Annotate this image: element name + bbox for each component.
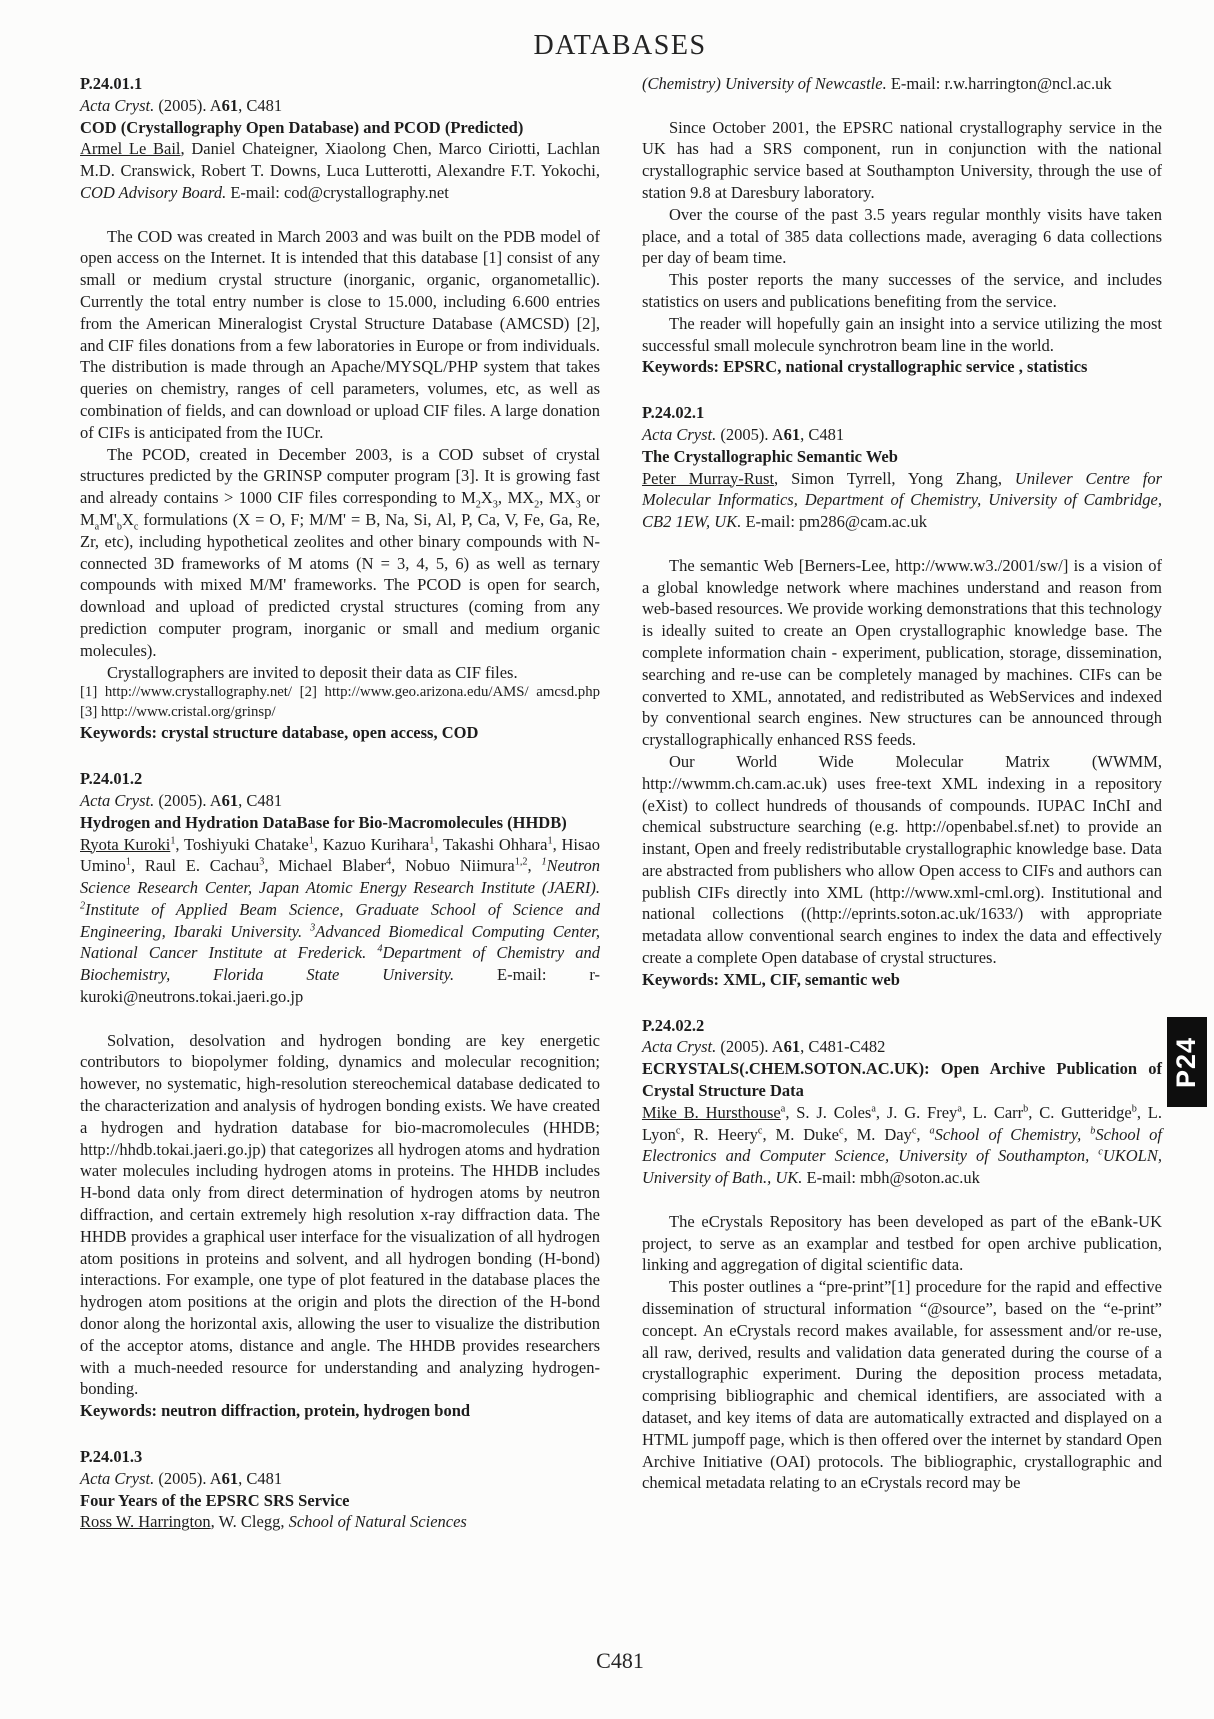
abstract-authors: Ryota Kuroki1, Toshiyuki Chatake1, Kazuo…	[80, 834, 600, 1008]
text-run: , J. G. Frey	[876, 1103, 957, 1122]
text-run: 61	[784, 1037, 801, 1056]
text-run: , M. Day	[844, 1125, 912, 1144]
abstract-title: Four Years of the EPSRC SRS Service	[80, 1490, 600, 1512]
text-run: , C481	[800, 425, 844, 444]
section-tab-label: P24	[1172, 1036, 1203, 1087]
abstract-title: Hydrogen and Hydration DataBase for Bio-…	[80, 812, 600, 834]
text-run: , R. Heery	[680, 1125, 757, 1144]
text-run: Ryota Kuroki	[80, 835, 170, 854]
abstract-paragraph: Since October 2001, the EPSRC national c…	[642, 117, 1162, 204]
text-run: 61	[222, 1469, 239, 1488]
text-run: E-mail: r.w.harrington@ncl.ac.uk	[887, 74, 1112, 93]
text-run: Mike B. Hursthouse	[642, 1103, 781, 1122]
abstract-paragraph: This poster reports the many successes o…	[642, 269, 1162, 313]
column-right: (Chemistry) University of Newcastle. E-m…	[642, 73, 1162, 1533]
text-run: , C. Gutteridge	[1028, 1103, 1131, 1122]
text-run: , W. Clegg,	[211, 1512, 289, 1531]
text-run: X	[481, 488, 493, 507]
abstract-body: The COD was created in March 2003 and wa…	[80, 226, 600, 684]
abstract-keywords: Keywords: neutron diffraction, protein, …	[80, 1400, 600, 1422]
abstract-paragraph: The semantic Web [Berners-Lee, http://ww…	[642, 555, 1162, 751]
text-run: , C481	[238, 96, 282, 115]
column-left: P.24.01.1Acta Cryst. (2005). A61, C481CO…	[80, 73, 600, 1533]
scanned-abstract-page: DATABASES P.24.01.1Acta Cryst. (2005). A…	[0, 0, 1214, 1719]
section-thumb-tab: P24	[1167, 1017, 1207, 1107]
abstract-paragraph: Our World Wide Molecular Matrix (WWMM, h…	[642, 751, 1162, 969]
text-run: formulations (X = O, F; M/M' = B, Na, Si…	[80, 510, 600, 660]
text-run: 61	[784, 425, 801, 444]
text-run: , Toshiyuki Chatake	[175, 835, 308, 854]
citation: Acta Cryst. (2005). A61, C481-C482	[642, 1036, 1162, 1058]
abstract-authors: (Chemistry) University of Newcastle. E-m…	[642, 73, 1162, 95]
abstract-keywords: Keywords: XML, CIF, semantic web	[642, 969, 1162, 991]
text-run: Acta Cryst.	[642, 1037, 716, 1056]
text-run: , C481-C482	[800, 1037, 885, 1056]
abstract-paragraph: Crystallographers are invited to deposit…	[80, 662, 600, 684]
text-run: X	[122, 510, 134, 529]
abstract-body: The semantic Web [Berners-Lee, http://ww…	[642, 555, 1162, 969]
text-run: 61	[222, 96, 239, 115]
abstract-body: Solvation, desolvation and hydrogen bond…	[80, 1030, 600, 1401]
text-run: , MX	[498, 488, 534, 507]
abstract-paragraph: The reader will hopefully gain an insigh…	[642, 313, 1162, 357]
text-run: , L. Carr	[962, 1103, 1023, 1122]
text-run: ,	[916, 1125, 929, 1144]
abstract-number: P.24.01.3	[80, 1446, 600, 1468]
abstract-paragraph: This poster outlines a “pre-print”[1] pr…	[642, 1276, 1162, 1494]
section-header: DATABASES	[67, 30, 1173, 62]
text-run: , M. Duke	[762, 1125, 839, 1144]
abstract-number: P.24.02.1	[642, 402, 1162, 424]
abstract-number: P.24.01.1	[80, 73, 600, 95]
text-run: Acta Cryst.	[80, 1469, 154, 1488]
abstract-paragraph: The eCrystals Repository has been develo…	[642, 1211, 1162, 1276]
abstract-references: [1] http://www.crystallography.net/ [2] …	[80, 683, 600, 722]
citation: Acta Cryst. (2005). A61, C481	[642, 424, 1162, 446]
citation: Acta Cryst. (2005). A61, C481	[80, 95, 600, 117]
text-run: , S. J. Coles	[785, 1103, 871, 1122]
abstract-continuation: (Chemistry) University of Newcastle. E-m…	[642, 73, 1162, 378]
text-run: , Takashi Ohhara	[434, 835, 547, 854]
text-run: , Simon Tyrrell, Yong Zhang,	[774, 469, 1015, 488]
text-run: (2005). A	[154, 1469, 221, 1488]
abstract-title: ECRYSTALS(.CHEM.SOTON.AC.UK): Open Archi…	[642, 1058, 1162, 1102]
text-run: School of Chemistry,	[935, 1125, 1091, 1144]
text-run: E-mail: cod@crystallography.net	[226, 183, 449, 202]
text-run: (Chemistry) University of Newcastle.	[642, 74, 887, 93]
abstract-paragraph: Over the course of the past 3.5 years re…	[642, 204, 1162, 269]
page-number: C481	[67, 1648, 1173, 1674]
citation: Acta Cryst. (2005). A61, C481	[80, 1468, 600, 1490]
abstract-P.24.02.1: P.24.02.1Acta Cryst. (2005). A61, C481Th…	[642, 402, 1162, 991]
text-run: 61	[222, 791, 239, 810]
text-run: , Michael Blaber	[264, 856, 386, 875]
abstract-paragraph: The PCOD, created in December 2003, is a…	[80, 444, 600, 662]
text-run: , Nobuo Niimura	[391, 856, 515, 875]
abstract-authors: Ross W. Harrington, W. Clegg, School of …	[80, 1511, 600, 1533]
abstract-title: COD (Crystallography Open Database) and …	[80, 117, 600, 139]
abstract-title: The Crystallographic Semantic Web	[642, 446, 1162, 468]
text-run: (2005). A	[716, 1037, 783, 1056]
abstract-keywords: Keywords: crystal structure database, op…	[80, 722, 600, 744]
text-run: E-mail: mbh@soton.ac.uk	[802, 1168, 979, 1187]
abstract-number: P.24.01.2	[80, 768, 600, 790]
citation: Acta Cryst. (2005). A61, C481	[80, 790, 600, 812]
text-run: Armel Le Bail	[80, 139, 181, 158]
text-run: (2005). A	[154, 791, 221, 810]
abstract-authors: Armel Le Bail, Daniel Chateigner, Xiaolo…	[80, 138, 600, 203]
abstract-body: The eCrystals Repository has been develo…	[642, 1211, 1162, 1494]
abstract-authors: Mike B. Hursthousea, S. J. Colesa, J. G.…	[642, 1102, 1162, 1189]
abstract-body: Since October 2001, the EPSRC national c…	[642, 117, 1162, 357]
text-run: , Raul E. Cachau	[131, 856, 259, 875]
abstract-P.24.02.2: P.24.02.2Acta Cryst. (2005). A61, C481-C…	[642, 1015, 1162, 1495]
content-columns: P.24.01.1Acta Cryst. (2005). A61, C481CO…	[80, 73, 1162, 1533]
text-run: , C481	[238, 791, 282, 810]
text-run: E-mail: pm286@cam.ac.uk	[741, 512, 927, 531]
text-run: School of Natural Sciences	[289, 1512, 467, 1531]
text-run: 1,2	[515, 857, 528, 868]
text-run: ,	[528, 856, 542, 875]
text-run: Peter Murray-Rust	[642, 469, 774, 488]
text-run: , C481	[238, 1469, 282, 1488]
text-run: (2005). A	[154, 96, 221, 115]
text-run: Acta Cryst.	[642, 425, 716, 444]
text-run: M'	[99, 510, 117, 529]
abstract-P.24.01.3: P.24.01.3Acta Cryst. (2005). A61, C481Fo…	[80, 1446, 600, 1533]
abstract-paragraph: Solvation, desolvation and hydrogen bond…	[80, 1030, 600, 1401]
text-run: , Kazuo Kurihara	[314, 835, 429, 854]
abstract-keywords: Keywords: EPSRC, national crystallograph…	[642, 356, 1162, 378]
abstract-paragraph: The COD was created in March 2003 and wa…	[80, 226, 600, 444]
abstract-authors: Peter Murray-Rust, Simon Tyrrell, Yong Z…	[642, 468, 1162, 533]
text-run: Ross W. Harrington	[80, 1512, 211, 1531]
abstract-number: P.24.02.2	[642, 1015, 1162, 1037]
text-run: (2005). A	[716, 425, 783, 444]
text-run: , MX	[539, 488, 575, 507]
text-run: Acta Cryst.	[80, 96, 154, 115]
abstract-P.24.01.2: P.24.01.2Acta Cryst. (2005). A61, C481Hy…	[80, 768, 600, 1422]
text-run: COD Advisory Board.	[80, 183, 226, 202]
text-run: Acta Cryst.	[80, 791, 154, 810]
abstract-P.24.01.1: P.24.01.1Acta Cryst. (2005). A61, C481CO…	[80, 73, 600, 744]
